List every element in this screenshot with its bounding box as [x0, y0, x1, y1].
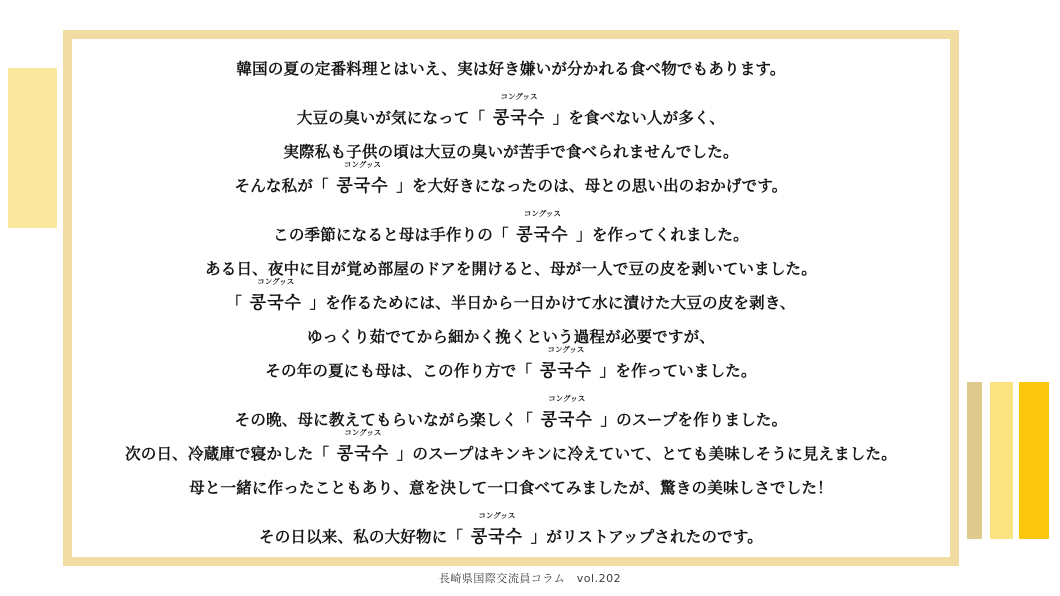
kongguksu-word: コングッス콩국수 [539, 403, 595, 437]
content-frame: 韓国の夏の定番料理とはいえ、実は好き嫌いが分かれる食べ物でもあります。大豆の臭い… [63, 30, 959, 566]
kongguksu-hangul: 콩국수 [336, 176, 388, 196]
text-line: 母と一緒に作ったこともあり、意を決して一口食べてみましたが、驚きの美味しさでした… [72, 471, 950, 505]
footer-caption: 長崎県国際交流員コラム vol.202 [0, 570, 1060, 586]
paragraph: 韓国の夏の定番料理とはいえ、実は好き嫌いが分かれる食べ物でもあります。 [72, 52, 950, 86]
kongguksu-word: コングッス콩국수 [538, 354, 594, 388]
right-bar-tan [967, 382, 982, 539]
kongguksu-word: コングッス콩국수 [514, 218, 570, 252]
paragraph: 大豆の臭いが気になって「 コングッス콩국수 」を食べない人が多く、実際私も子供の… [72, 101, 950, 203]
kongguksu-word: コングッス콩국수 [248, 286, 304, 320]
text-line: そんな私が「 コングッス콩국수 」を大好きになったのは、母との思い出のおかげです… [72, 169, 950, 203]
right-bar-light-yellow [990, 382, 1013, 539]
kongguksu-furigana: コングッス [524, 210, 561, 218]
kongguksu-word: コングッス콩국수 [469, 520, 525, 554]
kongguksu-furigana: コングッス [501, 93, 538, 101]
kongguksu-hangul: 콩국수 [541, 410, 593, 430]
text-line: 大豆の臭いが気になって「 コングッス콩국수 」を食べない人が多く、 [72, 101, 950, 135]
kongguksu-word: コングッス콩국수 [334, 169, 390, 203]
kongguksu-word: コングッス콩국수 [491, 101, 547, 135]
text-line: この季節になると母は手作りの「 コングッス콩국수 」を作ってくれました。 [72, 218, 950, 252]
text-line: その晩、母に教えてもらいながら楽しく「 コングッス콩국수 」のスープを作りました… [72, 403, 950, 437]
text-line: ゆっくり茹でてから細かく挽くという過程が必要ですが、 [72, 320, 950, 354]
kongguksu-hangul: 콩국수 [471, 527, 523, 547]
text-line: ある日、夜中に目が覚め部屋のドアを開けると、母が一人で豆の皮を剥いていました。 [72, 252, 950, 286]
column-text: 韓国の夏の定番料理とはいえ、実は好き嫌いが分かれる食べ物でもあります。大豆の臭い… [72, 39, 950, 557]
kongguksu-furigana: コングッス [344, 161, 381, 169]
kongguksu-hangul: 콩국수 [493, 108, 545, 128]
kongguksu-furigana: コングッス [257, 278, 294, 286]
paragraph: その日以来、私の大好物に「 コングッス콩국수 」がリストアップされたのです。 [72, 520, 950, 554]
kongguksu-furigana: コングッス [548, 395, 585, 403]
kongguksu-hangul: 콩국수 [540, 361, 592, 381]
kongguksu-hangul: 콩국수 [337, 444, 389, 464]
kongguksu-hangul: 콩국수 [516, 225, 568, 245]
text-line: 韓国の夏の定番料理とはいえ、実は好き嫌いが分かれる食べ物でもあります。 [72, 52, 950, 86]
paragraph: この季節になると母は手作りの「 コングッス콩국수 」を作ってくれました。ある日、… [72, 218, 950, 388]
left-yellow-block [8, 68, 57, 228]
right-bar-gold [1019, 382, 1049, 539]
text-line: その日以来、私の大好物に「 コングッス콩국수 」がリストアップされたのです。 [72, 520, 950, 554]
slide: 韓国の夏の定番料理とはいえ、実は好き嫌いが分かれる食べ物でもあります。大豆の臭い… [0, 0, 1060, 596]
kongguksu-furigana: コングッス [344, 429, 381, 437]
text-line: 実際私も子供の頃は大豆の臭いが苦手で食べられませんでした。 [72, 135, 950, 169]
text-line: その年の夏にも母は、この作り方で「 コングッス콩국수 」を作っていました。 [72, 354, 950, 388]
kongguksu-word: コングッス콩국수 [335, 437, 391, 471]
paragraph: その晩、母に教えてもらいながら楽しく「 コングッス콩국수 」のスープを作りました… [72, 403, 950, 505]
kongguksu-furigana: コングッス [547, 346, 584, 354]
kongguksu-hangul: 콩국수 [250, 293, 302, 313]
text-line: 次の日、冷蔵庫で寝かした「 コングッス콩국수 」のスープはキンキンに冷えていて、… [72, 437, 950, 471]
text-line: 「 コングッス콩국수 」を作るためには、半日から一日かけて水に漬けた大豆の皮を剥… [72, 286, 950, 320]
kongguksu-furigana: コングッス [478, 512, 515, 520]
